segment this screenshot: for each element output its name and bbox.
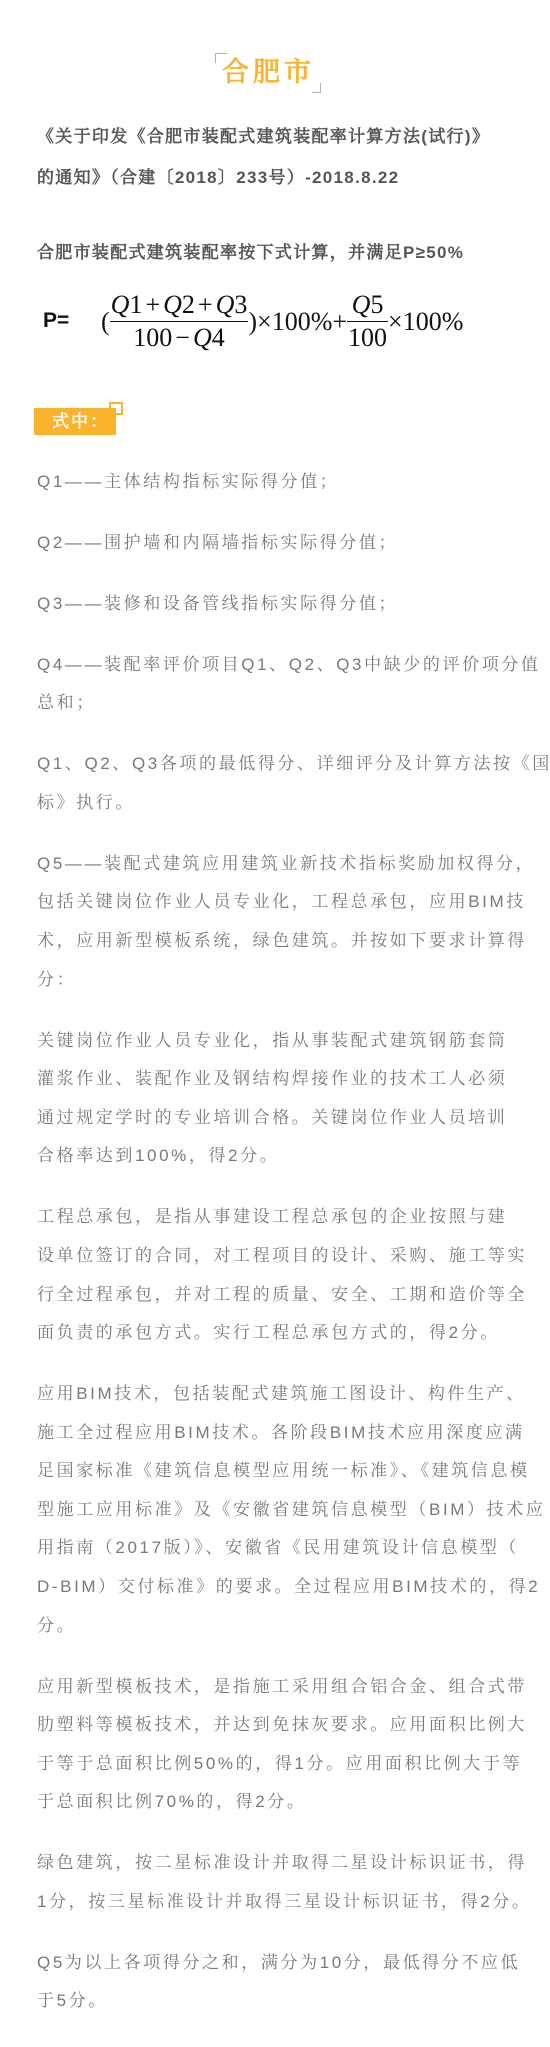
var-q: Q	[163, 290, 182, 319]
fraction-q-sum: Q1+Q2+Q3 100−Q4	[110, 291, 249, 352]
paragraph-line: 足国家标准《建筑信息模型应用统一标准》、《建筑信息模	[37, 1452, 537, 1491]
city-title: 合肥市	[222, 55, 315, 89]
paragraph-line: Q5——装配式建筑应用建筑业新技术指标奖励加权得分，	[37, 845, 537, 884]
paragraph-line: 行全过程承包，并对工程的质量、安全、工期和造价等全	[37, 1276, 537, 1315]
formula-close-paren: )	[248, 307, 257, 337]
formula-open-paren: (	[101, 307, 110, 337]
fraction-bar	[347, 321, 388, 322]
paragraph-line: 工程总承包，是指从事建设工程总承包的企业按照与建	[37, 1198, 537, 1237]
paragraph-line: 通过规定学时的专业培训合格。关键岗位作业人员培训	[37, 1099, 537, 1138]
fraction-denominator: 100	[347, 324, 388, 352]
paragraph-q4: Q4——装配率评价项目Q1、Q2、Q3中缺少的评价项分值 总和；	[37, 646, 537, 723]
paragraph-line: 1分，按三星标准设计并取得三星设计标识证书，得2分。	[37, 1883, 537, 1922]
var-q: Q	[216, 290, 235, 319]
paragraph-line: 肋塑料等模板技术，并达到免抹灰要求。应用面积比例大	[37, 1706, 537, 1745]
paragraph-line: 包括关键岗位作业人员专业化，工程总承包，应用BIM技	[37, 883, 537, 922]
paragraph-line: 术，应用新型模板系统，绿色建筑。并按如下要求计算得	[37, 922, 537, 961]
assembly-rate-formula: ( Q1+Q2+Q3 100−Q4 ) × 100% + Q5 100 × 10…	[101, 291, 463, 352]
fraction-q5: Q5 100	[347, 291, 388, 352]
paragraph-key-workers: 关键岗位作业人员专业化，指从事装配式建筑钢筋套筒 灌浆作业、装配作业及钢结构焊接…	[37, 1022, 537, 1176]
paragraph-scoring-method: Q1、Q2、Q3各项的最低得分、详细评分及计算方法按《国 标》执行。	[37, 745, 537, 822]
formula-lhs: P=	[43, 309, 69, 333]
paragraph-line: 型施工应用标准》及《安徽省建筑信息模型（BIM）技术应	[37, 1491, 537, 1530]
paragraph-line: 分：	[37, 961, 537, 1000]
paragraph-line: 关键岗位作业人员专业化，指从事装配式建筑钢筋套筒	[37, 1022, 537, 1061]
paragraph-line: 于总面积比例70%的，得2分。	[37, 1783, 537, 1822]
paragraph-line: Q5为以上各项得分之和，满分为10分，最低得分不应低	[37, 1944, 537, 1983]
plus-operator: +	[145, 290, 160, 319]
paragraph-line: D-BIM）交付标准》的要求。全过程应用BIM技术的，得2	[37, 1568, 537, 1607]
paragraph-q5-total: Q5为以上各项得分之和，满分为10分，最低得分不应低 于5分。	[37, 1944, 537, 2021]
constant: 100	[348, 323, 387, 352]
section-title: 合肥市	[215, 53, 321, 93]
index: 4	[212, 323, 225, 352]
paragraph-line: 面负责的承包方式。实行工程总承包方式的，得2分。	[37, 1314, 537, 1353]
plus-operator: +	[198, 290, 213, 319]
index: 2	[182, 290, 195, 319]
percent-term: 100%	[403, 307, 464, 337]
paragraph-q1: Q1——主体结构指标实际得分值；	[37, 463, 537, 502]
paragraph-line: 标》执行。	[37, 784, 537, 823]
definitions-body: Q1——主体结构指标实际得分值； Q2——围护墙和内隔墙指标实际得分值； Q3—…	[37, 463, 537, 2043]
index: 3	[234, 290, 247, 319]
minus-operator: −	[175, 323, 190, 352]
paragraph-q5: Q5——装配式建筑应用建筑业新技术指标奖励加权得分， 包括关键岗位作业人员专业化…	[37, 845, 537, 999]
percent-term: 100%	[272, 307, 333, 337]
paragraph-line: 用指南（2017版）》、安徽省《民用建筑设计信息模型（	[37, 1529, 537, 1568]
paragraph-line: 绿色建筑，按二星标准设计并取得二星设计标识证书，得	[37, 1844, 537, 1883]
paragraph-line: Q1、Q2、Q3各项的最低得分、详细评分及计算方法按《国	[37, 745, 537, 784]
paragraph-line: 设单位签订的合同，对工程项目的设计、采购、施工等实	[37, 1237, 537, 1276]
var-q: Q	[352, 290, 371, 319]
paragraph-green-building: 绿色建筑，按二星标准设计并取得二星设计标识证书，得 1分，按三星标准设计并取得三…	[37, 1844, 537, 1921]
times-operator: ×	[388, 307, 403, 337]
paragraph-line: 总和；	[37, 684, 537, 723]
corner-bracket-bottom-right-icon	[312, 83, 321, 93]
fraction-denominator: 100−Q4	[132, 324, 225, 352]
paragraph-line: 应用BIM技术，包括装配式建筑施工图设计、构件生产、	[37, 1375, 537, 1414]
var-q: Q	[193, 323, 212, 352]
document-heading: 《关于印发《合肥市装配式建筑装配率计算方法(试行)》 的通知》（合建〔2018〕…	[37, 116, 490, 198]
paragraph-line: Q1——主体结构指标实际得分值；	[37, 463, 537, 502]
requirement-statement: 合肥市装配式建筑装配率按下式计算，并满足P≥50%	[37, 232, 464, 273]
paragraph-bim: 应用BIM技术，包括装配式建筑施工图设计、构件生产、 施工全过程应用BIM技术。…	[37, 1375, 537, 1645]
var-q: Q	[111, 290, 130, 319]
paragraph-line: 合格率达到100%，得2分。	[37, 1137, 537, 1176]
constant: 100	[133, 323, 172, 352]
paragraph-line: 分。	[37, 1607, 537, 1646]
index: 5	[370, 290, 383, 319]
paragraph-q2: Q2——围护墙和内隔墙指标实际得分值；	[37, 524, 537, 563]
index: 1	[129, 290, 142, 319]
paragraph-line: 应用新型模板技术，是指施工采用组合铝合金、组合式带	[37, 1668, 537, 1707]
fraction-numerator: Q1+Q2+Q3	[110, 291, 249, 319]
paragraph-line: Q4——装配率评价项目Q1、Q2、Q3中缺少的评价项分值	[37, 646, 537, 685]
heading-line: 《关于印发《合肥市装配式建筑装配率计算方法(试行)》	[37, 116, 490, 157]
paragraph-line: 于等于总面积比例50%的，得1分。应用面积比例大于等	[37, 1745, 537, 1784]
paragraph-formwork: 应用新型模板技术，是指施工采用组合铝合金、组合式带 肋塑料等模板技术，并达到免抹…	[37, 1668, 537, 1822]
fraction-bar	[110, 321, 249, 322]
paragraph-line: 施工全过程应用BIM技术。各阶段BIM技术应用深度应满	[37, 1414, 537, 1453]
paragraph-epc: 工程总承包，是指从事建设工程总承包的企业按照与建 设单位签订的合同，对工程项目的…	[37, 1198, 537, 1352]
fraction-numerator: Q5	[351, 291, 385, 319]
paragraph-line: Q3——装修和设备管线指标实际得分值；	[37, 585, 537, 624]
times-operator: ×	[257, 307, 272, 337]
plus-operator: +	[332, 307, 347, 337]
paragraph-line: 于5分。	[37, 1982, 537, 2021]
paragraph-q3: Q3——装修和设备管线指标实际得分值；	[37, 585, 537, 624]
heading-line: 的通知》（合建〔2018〕233号）-2018.8.22	[37, 157, 490, 198]
paragraph-line: 灌浆作业、装配作业及钢结构焊接作业的技术工人必须	[37, 1060, 537, 1099]
where-label-badge: 式中：	[34, 408, 116, 435]
paragraph-line: Q2——围护墙和内隔墙指标实际得分值；	[37, 524, 537, 563]
